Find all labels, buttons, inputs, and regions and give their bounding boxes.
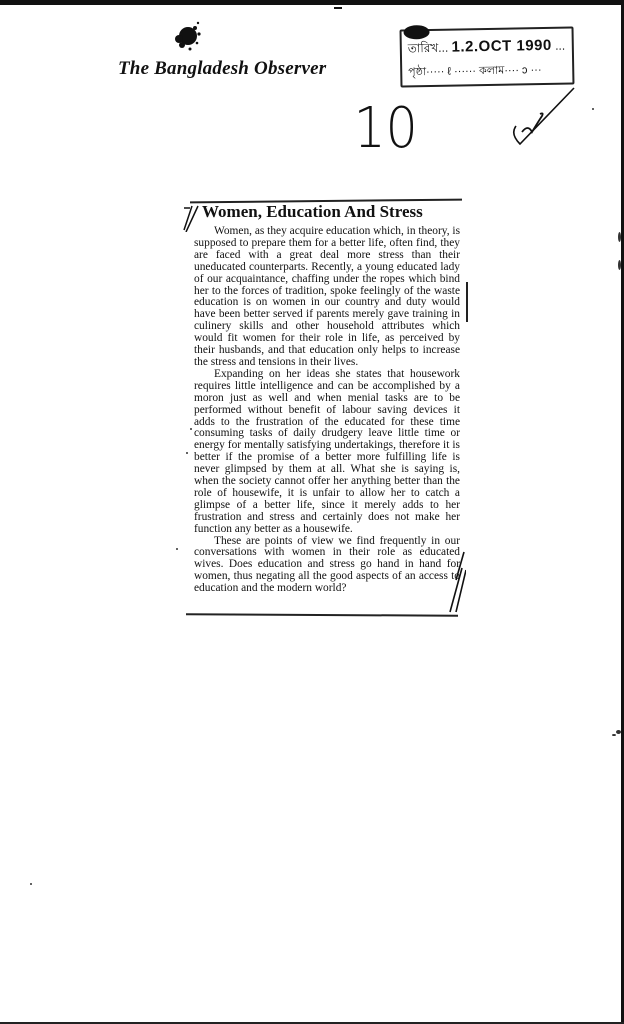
- article-paragraph: Women, as they acquire education which, …: [194, 226, 460, 369]
- handwritten-checkmark-icon: [508, 86, 578, 156]
- newspaper-clipping: Women, Education And Stress Women, as th…: [182, 196, 464, 616]
- masthead-title: The Bangladesh Observer: [118, 58, 358, 80]
- date-stamp: তারিখ... 1.2.OCT 1990 ... পৃষ্ঠা····· ℓ …: [400, 26, 575, 87]
- stamp-date-label: তারিখ: [408, 41, 439, 56]
- scan-mark: [334, 7, 342, 9]
- newspaper-logo-icon: [168, 18, 208, 56]
- stamp-column-label: কলাম: [479, 65, 504, 77]
- article-paragraph: Expanding on her ideas she states that h…: [194, 369, 460, 536]
- scan-top-border: [0, 0, 624, 5]
- margin-line: [466, 282, 468, 322]
- margin-slash-icon: [446, 550, 466, 614]
- article-paragraph: These are points of view we find frequen…: [194, 536, 460, 596]
- stamp-page-label: পৃষ্ঠা: [408, 66, 426, 78]
- handwritten-page-number: 10: [354, 96, 418, 161]
- clipping-bottom-rule: [186, 613, 458, 616]
- article-body: Women, as they acquire education which, …: [194, 226, 460, 595]
- stamp-date: 1.2.OCT 1990: [451, 37, 552, 56]
- ink-blot: [403, 25, 429, 39]
- article-title: Women, Education And Stress: [202, 202, 464, 222]
